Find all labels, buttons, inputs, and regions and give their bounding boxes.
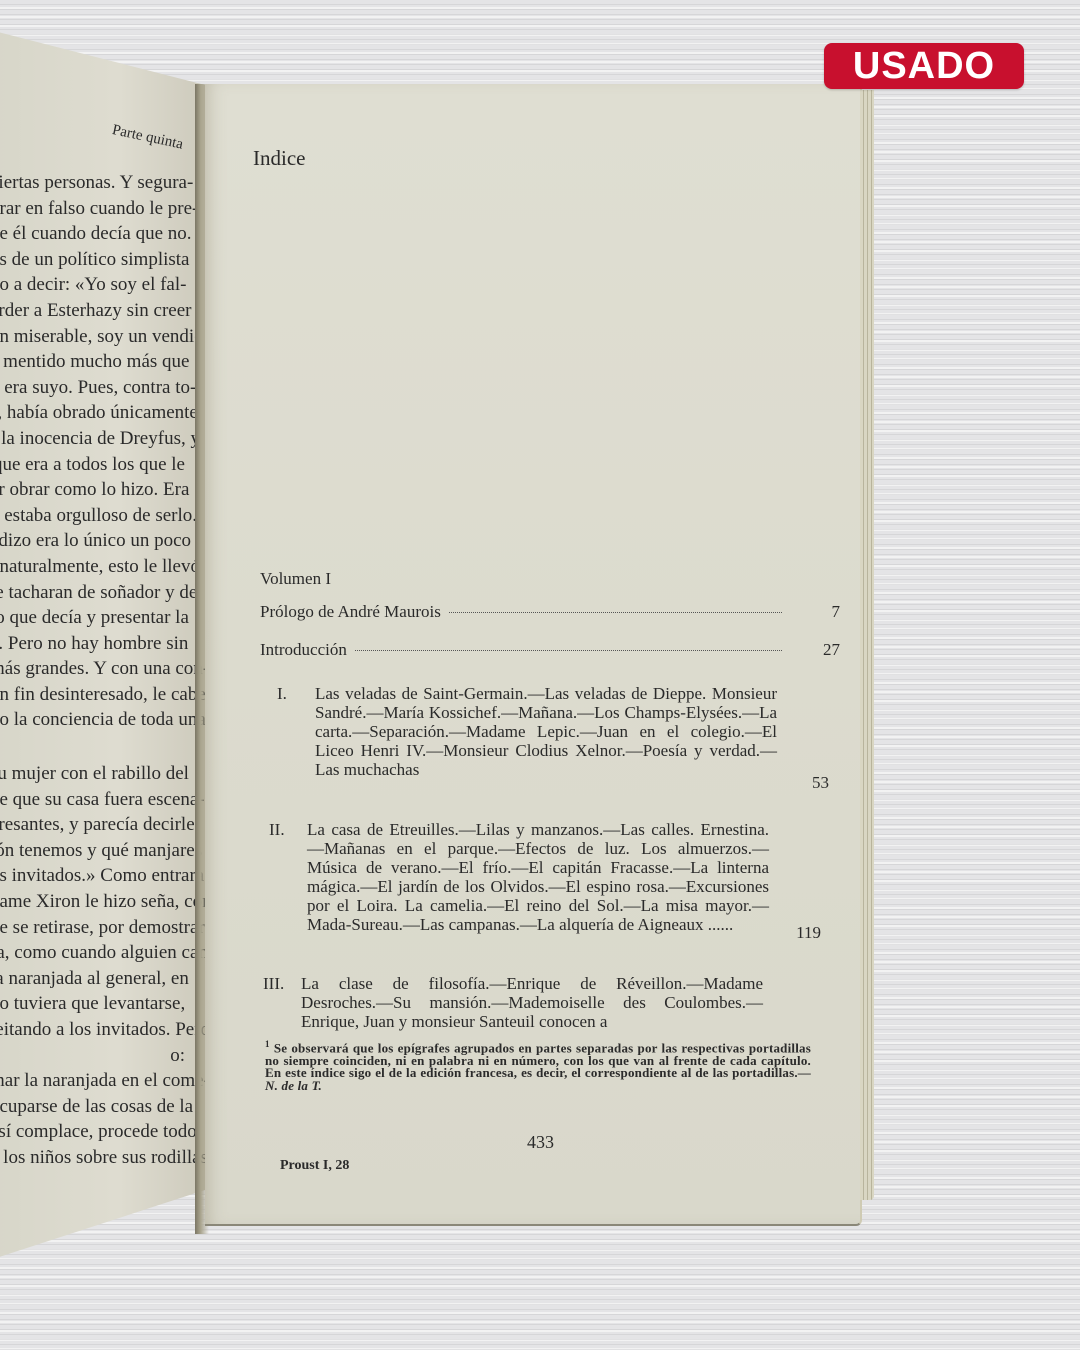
toc-label: Introducción <box>260 640 347 659</box>
left-page-text: ciertas personas. Y segura-urar en falso… <box>0 170 185 1171</box>
text-line: er obrar como lo hizo. Era <box>0 477 185 503</box>
text-line: erder a Esterhazy sin creer <box>0 298 185 324</box>
text-line: más grandes. Y con una con- <box>0 656 185 682</box>
toc-entry-prologue: Prólogo de André Maurois 7 <box>260 602 790 621</box>
text-line: lón tenemos y qué manjares <box>0 838 185 864</box>
chapter-number: II. <box>269 820 285 839</box>
chapter-text: Las veladas de Saint-Germain.—Las velada… <box>315 684 777 779</box>
text-line: ue se retirase, por demostrar <box>0 915 185 941</box>
toc-entry-introduction: Introducción 27 <box>260 640 790 659</box>
text-line: ocuparse de las cosas de la <box>0 1094 185 1120</box>
text-line: do la conciencia de toda una <box>0 707 185 733</box>
footnote-marker: 1 <box>265 1039 270 1049</box>
text-line: eresantes, y parecía decirle: <box>0 812 185 838</box>
text-line: , naturalmente, esto le llevó <box>0 554 185 580</box>
toc-page-number: 27 <box>810 640 840 659</box>
text-line: a los niños sobre sus rodillas. <box>0 1145 185 1171</box>
text-line: dame Xiron le hizo seña, con <box>0 889 185 915</box>
text-line: o: <box>0 1043 185 1069</box>
toc-page-number: 7 <box>810 602 840 621</box>
chapter-page-number: 119 <box>796 923 821 942</box>
text-line: s, había obrado únicamente <box>0 400 185 426</box>
chapter-number: III. <box>263 974 284 993</box>
text-line: a mentido mucho más que <box>0 349 185 375</box>
page-number: 433 <box>527 1132 554 1153</box>
text-line: os invitados.» Como entrara <box>0 863 185 889</box>
toc-chapter-2: II. La casa de Etreuilles.—Lilas y manza… <box>269 820 769 934</box>
text-line: os de un político simplista <box>0 247 185 273</box>
text-line: un fin desinteresado, le cabe <box>0 682 185 708</box>
footnote: 1 Se observará que los epígrafes agrupad… <box>265 1038 811 1092</box>
text-line: lo que decía y presentar la <box>0 605 185 631</box>
text-line: así complace, procede todo <box>0 1119 185 1145</box>
text-line: la naranjada al general, en <box>0 966 185 992</box>
text-line: a. Pero no hay hombre sin <box>0 631 185 657</box>
toc-label: Prólogo de André Maurois <box>260 602 441 621</box>
toc-chapter-3: III. La clase de filosofía.—Enrique de R… <box>263 974 763 1031</box>
chapter-text: La casa de Etreuilles.—Lilas y manzanos.… <box>307 820 769 934</box>
text-line: urar en falso cuando le pre- <box>0 196 185 222</box>
text-line: un miserable, soy un vendi- <box>0 324 185 350</box>
page-edges <box>860 90 874 1200</box>
text-line: que era a todos los que le <box>0 452 185 478</box>
used-condition-badge: USADO <box>824 43 1024 89</box>
printer-signature: Proust I, 28 <box>280 1158 349 1174</box>
text-line: y estaba orgulloso de serlo. <box>0 503 185 529</box>
right-book-page: Indice Volumen I Prólogo de André Mauroi… <box>205 84 862 1226</box>
running-header: Parte quinta <box>110 122 184 154</box>
page-title: Indice <box>253 146 305 171</box>
text-line: no tuviera que levantarse, <box>0 991 185 1017</box>
volume-heading: Volumen I <box>260 569 331 589</box>
text-line: mar la naranjada en el come- <box>0 1068 185 1094</box>
chapter-page-number: 53 <box>812 773 829 792</box>
text-line: ra, como cuando alguien can- <box>0 940 185 966</box>
left-book-page: Parte quinta ciertas personas. Y segura-… <box>0 30 205 1260</box>
text-line: de que su casa fuera escena- <box>0 787 185 813</box>
text-line: su mujer con el rabillo del <box>0 761 185 787</box>
text-line: o era suyo. Pues, contra to- <box>0 375 185 401</box>
footnote-text: Se observará que los epígrafes agrupados… <box>265 1040 811 1080</box>
text-line: de él cuando decía que no. <box>0 221 185 247</box>
chapter-number: I. <box>277 684 287 703</box>
chapter-text: La clase de filosofía.—Enrique de Réveil… <box>301 974 763 1031</box>
text-line: leitando a los invitados. Pero <box>0 1017 185 1043</box>
text-line <box>0 733 185 761</box>
text-line: r la inocencia de Dreyfus, y <box>0 426 185 452</box>
text-line: le tacharan de soñador y de <box>0 580 185 606</box>
leader-dots <box>449 612 782 613</box>
toc-chapter-1: I. Las veladas de Saint-Germain.—Las vel… <box>277 684 777 779</box>
text-line: do a decir: «Yo soy el fal- <box>0 272 185 298</box>
footnote-signature: N. de la T. <box>265 1078 322 1093</box>
leader-dots <box>355 650 782 651</box>
text-line: edizo era lo único un poco <box>0 528 185 554</box>
text-line: ciertas personas. Y segura- <box>0 170 185 196</box>
